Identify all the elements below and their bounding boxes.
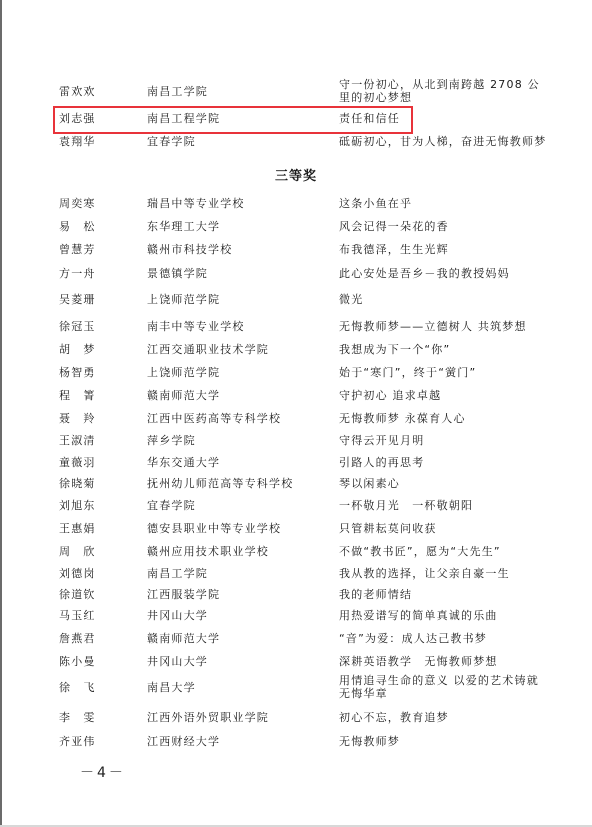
winner-name: 方一舟 — [59, 267, 96, 280]
winner-name: 程 箐 — [59, 389, 96, 402]
page-edge-left — [0, 0, 2, 827]
entry-title: 只管耕耘莫问收获 — [339, 522, 549, 535]
winner-name: 胡 梦 — [59, 343, 96, 356]
winner-school: 江西服装学院 — [147, 588, 220, 601]
winner-name: 刘旭东 — [59, 499, 96, 512]
entry-title: 初心不忘，教育追梦 — [339, 711, 549, 724]
winner-name: 王淑清 — [59, 434, 96, 447]
winner-name: 王惠娟 — [59, 522, 96, 535]
winner-school: 赣南师范大学 — [147, 389, 220, 402]
winner-school: 抚州幼儿师范高等专科学校 — [147, 477, 293, 490]
entry-title: 砥砺初心，甘为人梯，奋进无悔教师梦 — [339, 135, 549, 148]
winner-school: 宜春学院 — [147, 499, 196, 512]
winner-name: 曾慧芳 — [59, 243, 96, 256]
winner-name: 童薇羽 — [59, 456, 96, 469]
winner-school: 宜春学院 — [147, 135, 196, 148]
winner-name: 易 松 — [59, 220, 96, 233]
winner-name: 袁翔华 — [59, 135, 96, 148]
winner-name: 李 雯 — [59, 711, 96, 724]
entry-title: 一杯敬月光 一杯敬朝阳 — [339, 499, 549, 512]
winner-name: 徐晓菊 — [59, 477, 96, 490]
entry-title: 我想成为下一个“你” — [339, 343, 549, 356]
entry-title: 这条小鱼在乎 — [339, 197, 549, 210]
winner-school: 萍乡学院 — [147, 434, 196, 447]
page-number: －4－ — [80, 762, 126, 782]
winner-school: 江西交通职业技术学院 — [147, 343, 269, 356]
winner-school: 南昌工学院 — [147, 85, 208, 98]
winner-school: 赣州市科技学校 — [147, 243, 232, 256]
winner-name: 聂 羚 — [59, 412, 96, 425]
winner-name: 马玉红 — [59, 609, 96, 622]
winner-name: 刘德岗 — [59, 567, 96, 580]
winner-name: 詹燕君 — [59, 632, 96, 645]
entry-title: 我的老师情结 — [339, 588, 549, 601]
entry-title: 无悔教师梦 永葆育人心 — [339, 412, 549, 425]
winner-name: 杨智勇 — [59, 366, 96, 379]
entry-title: “音”为爱：成人达己教书梦 — [339, 632, 549, 645]
winner-school: 东华理工大学 — [147, 220, 220, 233]
entry-title: 无悔教师梦 — [339, 735, 549, 748]
winner-school: 上饶师范学院 — [147, 366, 220, 379]
winner-name: 齐亚伟 — [59, 735, 96, 748]
winner-name: 徐冠玉 — [59, 320, 96, 333]
winner-school: 景德镇学院 — [147, 267, 208, 280]
winner-school: 南丰中等专业学校 — [147, 320, 245, 333]
winner-school: 德安县职业中等专业学校 — [147, 522, 281, 535]
entry-title: 用情追寻生命的意义 以爱的艺术铸就无悔华章 — [339, 674, 549, 700]
entry-title: 守一份初心，从北到南跨越 2708 公里的初心梦想 — [339, 78, 549, 104]
section-title: 三等奖 — [0, 165, 592, 184]
entry-title: 不做“教书匠”，愿为“大先生” — [339, 545, 549, 558]
entry-title: 布我德泽，生生光辉 — [339, 243, 549, 256]
winner-name: 徐道钦 — [59, 588, 96, 601]
entry-title: 琴以闲素心 — [339, 477, 549, 490]
winner-school: 上饶师范学院 — [147, 293, 220, 306]
winner-school: 瑞昌中等专业学校 — [147, 197, 245, 210]
winner-school: 江西外语外贸职业学院 — [147, 711, 269, 724]
winner-name: 陈小曼 — [59, 655, 96, 668]
winner-name: 雷欢欢 — [59, 85, 96, 98]
entry-title: 风会记得一朵花的香 — [339, 220, 549, 233]
winner-name: 周 欣 — [59, 545, 96, 558]
entry-title: 此心安处是吾乡－我的教授妈妈 — [339, 267, 549, 280]
winner-school: 江西中医药高等专科学校 — [147, 412, 281, 425]
entry-title: 微光 — [339, 293, 549, 306]
entry-title: 无悔教师梦——立德树人 共筑梦想 — [339, 320, 549, 333]
winner-name: 周奕寒 — [59, 197, 96, 210]
entry-title: 我从教的选择，让父亲自豪一生 — [339, 567, 549, 580]
entry-title: 始于“寒门”，终于“黉门” — [339, 366, 549, 379]
winner-school: 华东交通大学 — [147, 456, 220, 469]
winner-school: 井冈山大学 — [147, 655, 208, 668]
highlight-box — [53, 106, 413, 134]
entry-title: 引路人的再思考 — [339, 456, 549, 469]
winner-name: 徐 飞 — [59, 681, 96, 694]
winner-school: 南昌大学 — [147, 681, 196, 694]
winner-school: 江西财经大学 — [147, 735, 220, 748]
entry-title: 守护初心 追求卓越 — [339, 389, 549, 402]
entry-title: 深耕英语教学 无悔教师梦想 — [339, 655, 549, 668]
entry-title: 用热爱谱写的简单真诚的乐曲 — [339, 609, 549, 622]
entry-title: 守得云开见月明 — [339, 434, 549, 447]
winner-school: 赣州应用技术职业学校 — [147, 545, 269, 558]
winner-name: 吴菱珊 — [59, 293, 96, 306]
winner-school: 井冈山大学 — [147, 609, 208, 622]
winner-school: 赣南师范大学 — [147, 632, 220, 645]
winner-school: 南昌工学院 — [147, 567, 208, 580]
